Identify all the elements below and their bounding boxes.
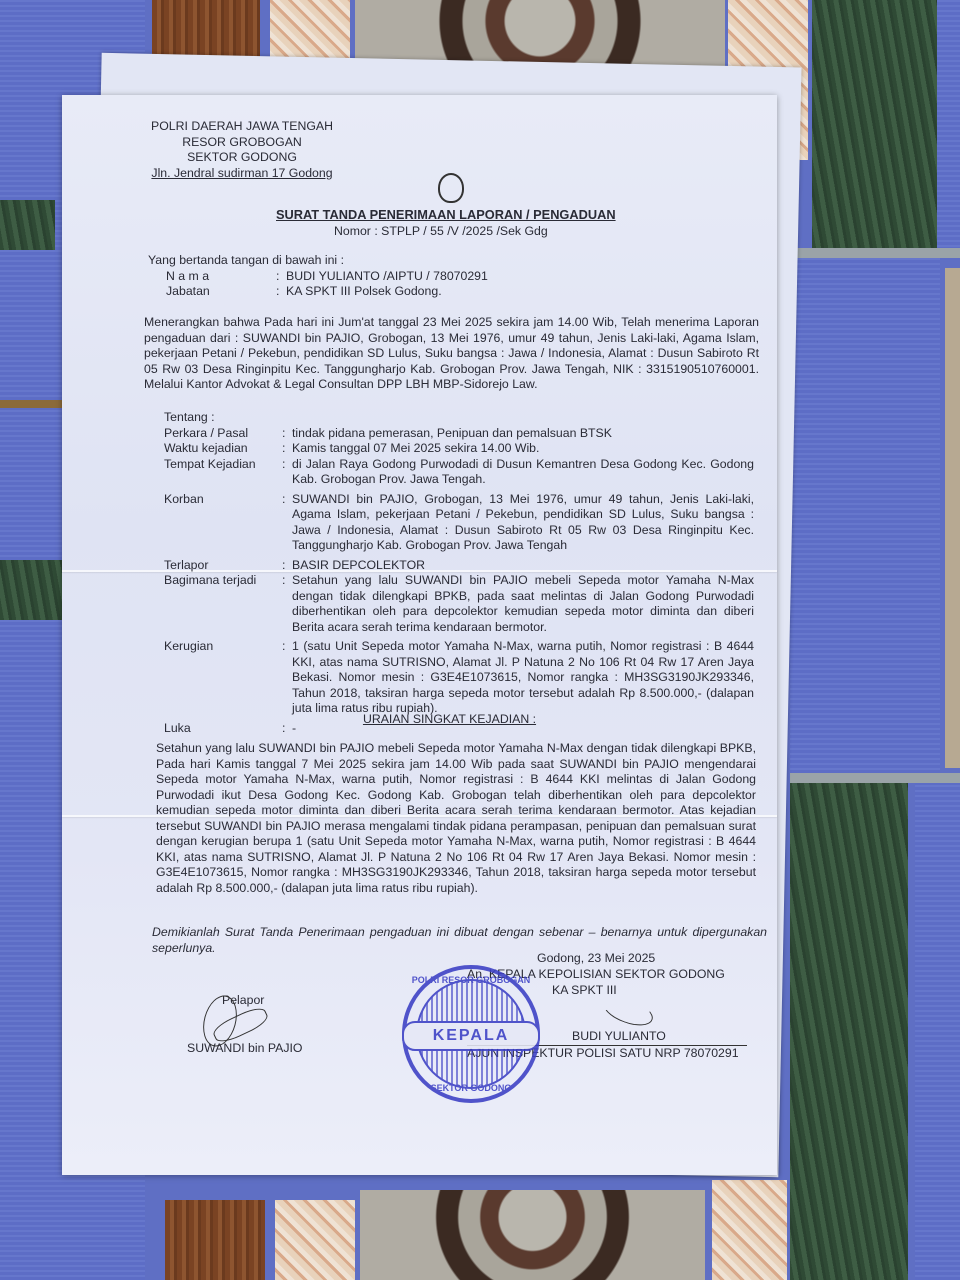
wall-tile-ornament: [360, 1190, 705, 1280]
stamp-center-text: KEPALA: [402, 1021, 540, 1051]
wall-tile-beige: [712, 1180, 787, 1280]
detail-label: Tempat Kejadian: [164, 457, 282, 488]
detail-value: Kamis tanggal 07 Mei 2025 sekira 14.00 W…: [292, 441, 754, 457]
org-line-1: POLRI DAERAH JAWA TENGAH: [142, 119, 342, 135]
wall-grout: [790, 773, 960, 783]
letterhead: POLRI DAERAH JAWA TENGAH RESOR GROBOGAN …: [142, 119, 342, 181]
officer-position: KA SPKT III: [552, 983, 617, 999]
org-line-3: SEKTOR GODONG: [142, 150, 342, 166]
detail-label: Perkara / Pasal: [164, 426, 282, 442]
jabatan-label: Jabatan: [166, 284, 276, 300]
detail-row: Waktu kejadian:Kamis tanggal 07 Mei 2025…: [164, 441, 754, 457]
detail-value: BASIR DEPCOLEKTOR: [292, 558, 754, 574]
colon: :: [282, 457, 292, 488]
colon: :: [282, 426, 292, 442]
colon: :: [282, 441, 292, 457]
detail-value: 1 (satu Unit Sepeda motor Yamaha N-Max, …: [292, 639, 754, 717]
document-sheet: POLRI DAERAH JAWA TENGAH RESOR GROBOGAN …: [62, 95, 777, 1175]
detail-row: Bagimana terjadi:Setahun yang lalu SUWAN…: [164, 573, 754, 635]
detail-label: Korban: [164, 492, 282, 554]
closing-paragraph: Demikianlah Surat Tanda Penerimaan penga…: [152, 925, 767, 956]
police-crest-icon: [438, 173, 464, 203]
officer-signature: [599, 991, 656, 1031]
statement-paragraph: Menerangkan bahwa Pada hari ini Jum'at t…: [144, 315, 759, 393]
colon: :: [282, 639, 292, 717]
wall-tile-green: [790, 783, 908, 1280]
document-title: SURAT TANDA PENERIMAAN LAPORAN / PENGADU…: [276, 207, 616, 223]
nama-label: N a m a: [166, 269, 276, 285]
detail-label: Waktu kejadian: [164, 441, 282, 457]
detail-value: tindak pidana pemerasan, Penipuan dan pe…: [292, 426, 754, 442]
wall-grout: [790, 248, 960, 258]
wall-tile-wood: [165, 1200, 265, 1280]
wall-tile-blue: [937, 0, 960, 260]
detail-label: Bagimana terjadi: [164, 573, 282, 635]
detail-label: Terlapor: [164, 558, 282, 574]
detail-row: Terlapor:BASIR DEPCOLEKTOR: [164, 558, 754, 574]
jabatan-value: KA SPKT III Polsek Godong.: [286, 284, 442, 300]
detail-label: Kerugian: [164, 639, 282, 717]
wall-tile-blue: [915, 783, 960, 1280]
org-address: Jln. Jendral sudirman 17 Godong: [142, 166, 342, 182]
wall-tile-blue: [790, 258, 940, 773]
colon: :: [282, 492, 292, 554]
signer-block: Yang bertanda tangan di bawah ini : N a …: [148, 253, 748, 300]
detail-row: Perkara / Pasal:tindak pidana pemerasan,…: [164, 426, 754, 442]
uraian-heading: URAIAN SINGKAT KEJADIAN :: [142, 712, 757, 728]
colon: :: [282, 558, 292, 574]
official-stamp: POLRI RESOR GROBOGAN KEPALA SEKTOR GODON…: [402, 965, 540, 1103]
signer-intro: Yang bertanda tangan di bawah ini :: [148, 253, 748, 269]
stamp-top-text: POLRI RESOR GROBOGAN: [406, 975, 536, 985]
tentang-label: Tentang :: [164, 410, 754, 426]
detail-value: di Jalan Raya Godong Purwodadi di Dusun …: [292, 457, 754, 488]
detail-value: SUWANDI bin PAJIO, Grobogan, 13 Mei 1976…: [292, 492, 754, 554]
detail-row: Korban:SUWANDI bin PAJIO, Grobogan, 13 M…: [164, 492, 754, 554]
uraian-paragraph: Setahun yang lalu SUWANDI bin PAJIO mebe…: [156, 741, 756, 896]
detail-row: Tempat Kejadian:di Jalan Raya Godong Pur…: [164, 457, 754, 488]
wall-tile-green: [812, 0, 937, 248]
wall-tile-stone: [945, 268, 960, 768]
detail-value: Setahun yang lalu SUWANDI bin PAJIO mebe…: [292, 573, 754, 635]
detail-row: Kerugian:1 (satu Unit Sepeda motor Yamah…: [164, 639, 754, 717]
colon: :: [282, 573, 292, 635]
reporter-name: SUWANDI bin PAJIO: [187, 1041, 302, 1057]
nama-value: BUDI YULIANTO /AIPTU / 78070291: [286, 269, 488, 285]
document-number: Nomor : STPLP / 55 /V /2025 /Sek Gdg: [334, 224, 548, 240]
details-block: Tentang : Perkara / Pasal:tindak pidana …: [164, 410, 754, 736]
wall-tile-beige: [275, 1200, 355, 1280]
place-date: Godong, 23 Mei 2025: [537, 951, 655, 967]
wall-tile-green: [0, 200, 55, 250]
stamp-bottom-text: SEKTOR GODONG: [406, 1083, 536, 1093]
officer-name: BUDI YULIANTO: [572, 1029, 666, 1045]
org-line-2: RESOR GROBOGAN: [142, 135, 342, 151]
